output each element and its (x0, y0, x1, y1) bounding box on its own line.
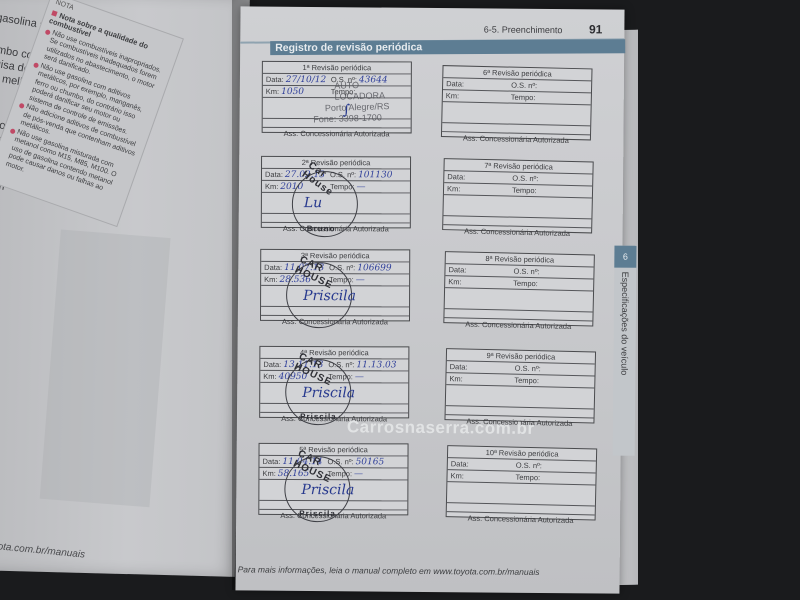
revision-card-1: 1ª Revisão periódicaData:27/10/12O.S. nº… (262, 61, 412, 134)
date-label: Data: (264, 263, 282, 272)
date-value[interactable]: 11.04.14 (282, 457, 322, 467)
date-label: Data: (447, 172, 465, 181)
date-label: Data: (262, 457, 280, 466)
revision-card-8: 8ª Revisão periódicaData:O.S. nº:Km:Temp… (443, 251, 595, 326)
date-value[interactable]: 27.02.13 (285, 170, 325, 180)
time-value[interactable]: — (354, 469, 363, 479)
km-label: Km: (266, 87, 279, 96)
date-label: Data: (448, 265, 466, 274)
os-label: O.S. nº: (327, 457, 353, 466)
handwritten-signature: ∫ (343, 102, 350, 118)
km-label: Km: (447, 184, 461, 193)
chapter-label: Especificações do veículo (619, 268, 630, 376)
date-label: Data: (266, 75, 284, 84)
handwritten-signature: Priscila (302, 385, 355, 401)
date-value[interactable]: 13.11.13 (283, 360, 323, 370)
page-title: Registro de revisão periódica (270, 39, 625, 55)
os-label: O.S. nº: (515, 364, 541, 374)
chapter-tab: 6 Especificações do veículo (613, 246, 637, 456)
time-label: Tempo: (514, 376, 539, 386)
time-value[interactable]: — (357, 182, 366, 192)
right-page: 6-5. Preenchimento 91 Registro de revisã… (235, 6, 624, 593)
time-label: Tempo: (512, 186, 537, 196)
signature-label: Ass. Concessionária Autorizada (262, 223, 410, 235)
km-label: Km: (446, 91, 460, 100)
os-value[interactable]: 50165 (356, 457, 385, 467)
date-label: Data: (265, 170, 283, 179)
revision-title: 1ª Revisão periódica (263, 62, 411, 75)
os-label: O.S. nº: (513, 267, 539, 277)
os-label: O.S. nº: (516, 461, 542, 471)
time-value[interactable]: — (355, 372, 364, 382)
km-label: Km: (448, 277, 462, 286)
date-os-row: Data:11.04.14O.S. nº:50165 (259, 456, 407, 469)
os-label: O.S. nº: (328, 360, 354, 369)
left-footer-url: www.toyota.com.br/manuais (0, 538, 86, 561)
date-label: Data: (263, 360, 281, 369)
revision-title: 2ª Revisão periódica (262, 157, 410, 170)
signature-label: Ass. Concessionária Autorizada (444, 318, 592, 332)
km-label: Km: (264, 275, 277, 284)
signature-label: Ass. Concessionária Autorizada (263, 128, 411, 140)
time-label: Tempo: (511, 93, 536, 103)
km-label: Km: (449, 374, 463, 383)
watermark: Carrosnaserra.com.br (347, 417, 535, 439)
os-label: O.S. nº: (329, 263, 355, 272)
km-time-row: Km:2010Tempo:— (262, 181, 410, 194)
revision-card-2: 2ª Revisão periódicaData:27.02.13O.S. nº… (261, 156, 411, 229)
os-value[interactable]: 101130 (358, 170, 392, 180)
km-label: Km: (265, 182, 278, 191)
os-value[interactable]: 11.13.03 (356, 360, 396, 370)
km-value[interactable]: 40950 (279, 372, 308, 382)
time-label: Tempo: (329, 275, 354, 284)
footer-note: Para mais informações, leia o manual com… (238, 564, 540, 577)
km-label: Km: (450, 471, 464, 480)
signature-label: Ass. Concessionária Autorizada (442, 132, 590, 146)
os-value[interactable]: 106699 (357, 263, 391, 273)
os-label: O.S. nº: (511, 81, 537, 91)
revision-card-6: 6ª Revisão periódicaData:O.S. nº:Km:Temp… (441, 65, 593, 140)
handwritten-signature: Priscila (303, 288, 356, 304)
revision-title: 5ª Revisão periódica (260, 444, 408, 457)
revision-card-3: 3ª Revisão periódicaData:11.07.13O.S. nº… (260, 249, 410, 322)
stamp-area (262, 193, 410, 215)
left-page: gasolina semumbo comquisa de 94r o melho… (0, 0, 250, 577)
revision-card-10: 10ª Revisão periódicaData:O.S. nº:Km:Tem… (446, 445, 598, 520)
date-value[interactable]: 11.07.13 (284, 263, 324, 273)
signature-label: Ass. Concessionária Autorizada (446, 512, 594, 526)
date-label: Data: (446, 79, 464, 88)
stamp-line: AUTO LOCADORA (334, 78, 411, 102)
km-time-row: Km:58.165Tempo:— (259, 468, 407, 481)
km-value[interactable]: 58.165 (278, 469, 310, 479)
time-label: Tempo: (327, 469, 352, 478)
date-os-row: Data:27.02.13O.S. nº:101130 (262, 169, 410, 182)
time-value[interactable]: — (356, 275, 365, 285)
signature-label: Ass. Concessionária Autorizada (261, 316, 409, 328)
revision-card-5: 5ª Revisão periódicaData:11.04.14O.S. nº… (258, 443, 408, 516)
handwritten-signature: Priscila (301, 482, 354, 498)
dealer-stamp: AUTO LOCADORAPorto Alegre/RSFone: 3398-1… (294, 78, 411, 126)
page-header: 6-5. Preenchimento 91 (240, 16, 624, 39)
time-label: Tempo: (515, 473, 540, 483)
revision-title: 3ª Revisão periódica (261, 250, 409, 263)
km-value[interactable]: 28.536 (279, 275, 311, 285)
page-number: 91 (589, 22, 602, 36)
revision-title: 4ª Revisão periódica (260, 347, 408, 360)
time-label: Tempo: (513, 279, 538, 289)
revision-grid: 1ª Revisão periódicaData:27/10/12O.S. nº… (262, 61, 602, 64)
date-label: Data: (450, 362, 468, 371)
time-label: Tempo: (328, 372, 353, 381)
faded-table (40, 230, 171, 508)
handwritten-signature: Lu (304, 195, 322, 211)
revision-card-7: 7ª Revisão periódicaData:O.S. nº:Km:Temp… (442, 158, 594, 233)
km-label: Km: (263, 372, 276, 381)
revision-card-9: 9ª Revisão periódicaData:O.S. nº:Km:Temp… (444, 348, 596, 423)
time-label: Tempo: (330, 182, 355, 191)
section-label: 6-5. Preenchimento (484, 24, 563, 35)
date-os-row: Data:11.07.13O.S. nº:106699 (261, 262, 409, 275)
km-label: Km: (262, 469, 275, 478)
date-os-row: Data:13.11.13O.S. nº:11.13.03 (260, 359, 408, 372)
chapter-number: 6 (614, 246, 636, 268)
stamp-area-2 (260, 404, 408, 414)
os-label: O.S. nº: (330, 170, 356, 179)
os-label: O.S. nº: (512, 174, 538, 184)
signature-label: Ass. Concessionária Autorizada (443, 225, 591, 239)
km-time-row: Km:28.536Tempo:— (261, 274, 409, 287)
km-time-row: Km:40950Tempo:— (260, 371, 408, 384)
revision-card-4: 4ª Revisão periódicaData:13.11.13O.S. nº… (259, 346, 409, 419)
signature-label: Ass. Concessionária Autorizada (259, 510, 407, 522)
km-value[interactable]: 2010 (280, 182, 303, 192)
date-label: Data: (451, 459, 469, 468)
